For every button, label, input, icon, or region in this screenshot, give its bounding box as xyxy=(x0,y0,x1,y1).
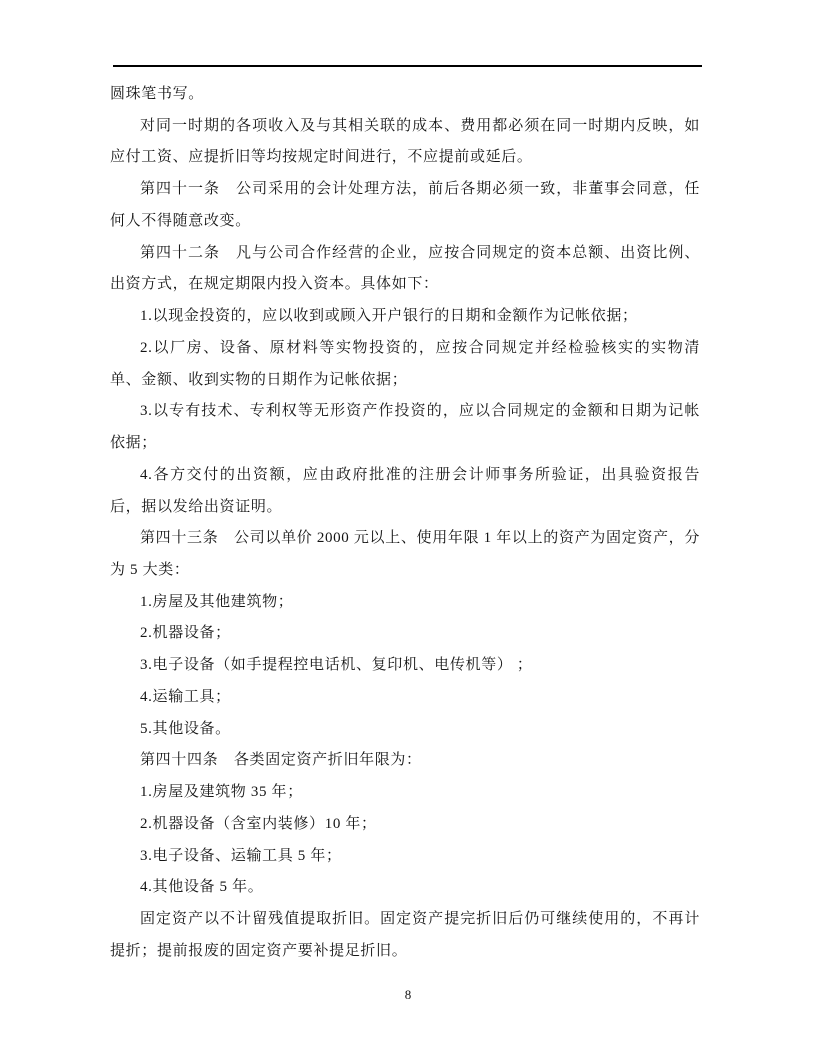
paragraph: 1.以现金投资的，应以收到或顾入开户银行的日期和金额作为记帐依据； xyxy=(110,301,700,333)
paragraph: 对同一时期的各项收入及与其相关联的成本、费用都必须在同一时期内反映，如应付工资、… xyxy=(110,111,700,174)
paragraph: 第四十四条 各类固定资产折旧年限为： xyxy=(110,745,700,777)
paragraph: 1.房屋及其他建筑物； xyxy=(110,587,700,619)
paragraph: 3.以专有技术、专利权等无形资产作投资的，应以合同规定的金额和日期为记帐依据； xyxy=(110,396,700,459)
paragraph: 1.房屋及建筑物 35 年； xyxy=(110,777,700,809)
paragraph: 4.各方交付的出资额，应由政府批准的注册会计师事务所验证，出具验资报告后，据以发… xyxy=(110,460,700,523)
page-number: 8 xyxy=(0,986,816,1004)
paragraph: 4.运输工具； xyxy=(110,682,700,714)
paragraph: 5.其他设备。 xyxy=(110,714,700,746)
document-page: 圆珠笔书写。对同一时期的各项收入及与其相关联的成本、费用都必须在同一时期内反映，… xyxy=(0,0,816,1056)
paragraph: 3.电子设备、运输工具 5 年； xyxy=(110,841,700,873)
paragraph: 3.电子设备（如手提程控电话机、复印机、电传机等） ； xyxy=(110,650,700,682)
paragraph: 第四十一条 公司采用的会计处理方法，前后各期必须一致，非董事会同意，任何人不得随… xyxy=(110,174,700,237)
paragraph: 2.以厂房、设备、原材料等实物投资的，应按合同规定并经检验核实的实物清单、金额、… xyxy=(110,333,700,396)
paragraph: 第四十二条 凡与公司合作经营的企业，应按合同规定的资本总额、出资比例、出资方式，… xyxy=(110,238,700,301)
paragraph: 4.其他设备 5 年。 xyxy=(110,872,700,904)
paragraph: 固定资产以不计留残值提取折旧。固定资产提完折旧后仍可继续使用的，不再计提折；提前… xyxy=(110,904,700,967)
paragraph: 2.机器设备； xyxy=(110,618,700,650)
header-rule xyxy=(113,65,702,67)
paragraph: 圆珠笔书写。 xyxy=(110,79,700,111)
paragraph: 2.机器设备（含室内装修）10 年； xyxy=(110,809,700,841)
body-text: 圆珠笔书写。对同一时期的各项收入及与其相关联的成本、费用都必须在同一时期内反映，… xyxy=(110,79,700,968)
paragraph: 第四十三条 公司以单价 2000 元以上、使用年限 1 年以上的资产为固定资产，… xyxy=(110,523,700,586)
